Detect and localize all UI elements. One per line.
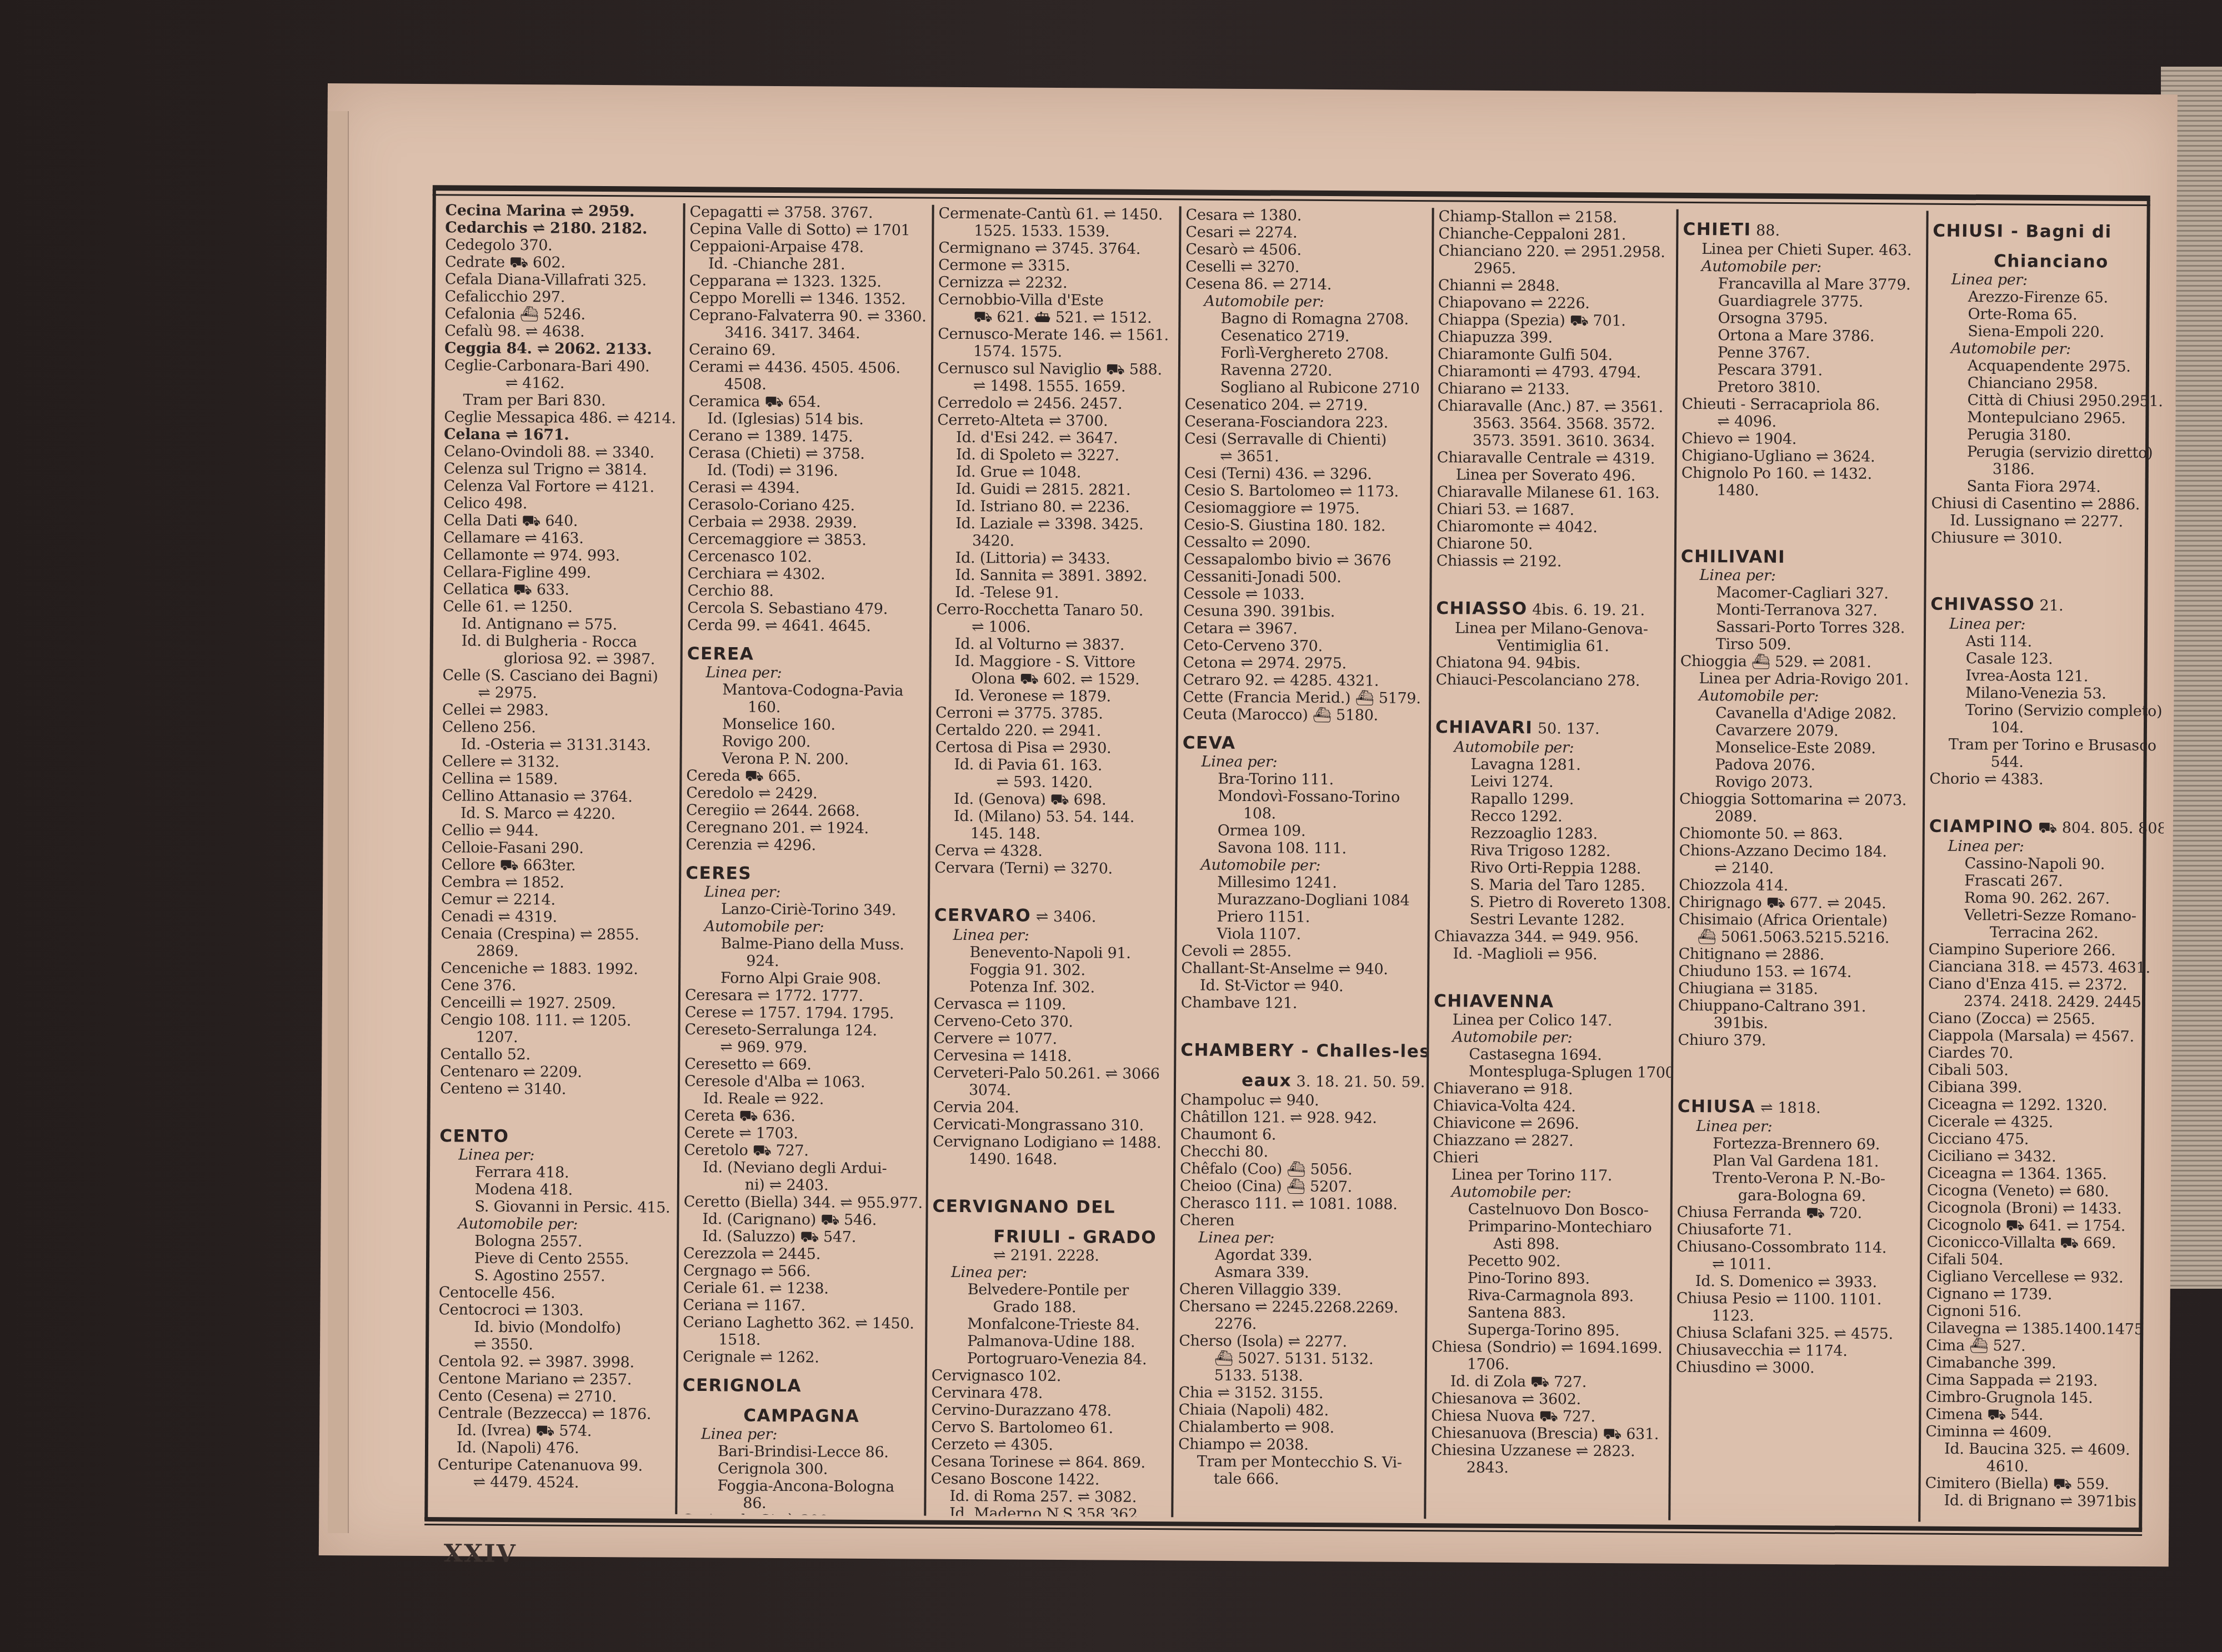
index-entry: Verona P. N. 200.: [686, 750, 923, 769]
index-entry: Cenceniche ⇌ 1883. 1992.: [441, 959, 673, 978]
index-entry: Chiusaforte 71.: [1676, 1221, 1914, 1240]
spacer: [1436, 569, 1668, 590]
index-entry: Cerignola 300.: [682, 1460, 919, 1479]
index-entry: Cernizza ⇌ 2232.: [938, 274, 1173, 293]
section-heading-title: CHILIVANI: [1681, 547, 1786, 567]
service-label: Automobile per:: [439, 1215, 671, 1234]
service-label: Linea per:: [934, 927, 1169, 945]
index-entry: Chiappa (Spezia) ⛟ 701.: [1438, 311, 1670, 330]
index-entry: Cerasa (Chieti) ⇌ 3758.: [688, 444, 925, 463]
index-entry: Ceraino 69.: [689, 341, 925, 360]
index-entry: Chiampo ⇌ 2038.: [1178, 1435, 1419, 1454]
index-entry: 104.: [1930, 719, 2159, 738]
index-entry: Chiesanova ⇌ 3602.: [1431, 1390, 1663, 1409]
index-entry: Cefalicchio 297.: [445, 288, 677, 307]
section-heading-title: CERVARO: [934, 905, 1032, 926]
index-entry: Chieuti - Serracapriola 86.: [1681, 396, 1919, 414]
index-entry: Ceselli ⇌ 3270.: [1185, 258, 1426, 277]
index-entry: Cerasi ⇌ 4394.: [688, 479, 924, 498]
spacer: [1678, 1068, 1915, 1088]
index-entry: Rivo Orti-Reppia 1288.: [1434, 859, 1666, 878]
index-entry: 2089.: [1679, 808, 1917, 827]
section-heading-title: CERIGNOLA: [683, 1375, 802, 1396]
index-entry: Bologna 2557.: [439, 1232, 671, 1251]
index-entry: Acquapendente 2975.: [1932, 357, 2161, 376]
section-heading-refs: 3. 18. 21. 50. 59.: [1292, 1073, 1425, 1091]
index-entry: Millesimo 1241.: [1182, 873, 1422, 892]
index-entry: Pecetto 902.: [1432, 1252, 1664, 1271]
index-entry: ⇌ 4479. 4524.: [438, 1473, 670, 1492]
index-entry: Trento-Verona P. N.-Bo-: [1677, 1169, 1915, 1188]
index-entry: Cesio S. Bartolomeo ⇌ 1173.: [1184, 482, 1424, 500]
service-label: Automobile per:: [1435, 738, 1668, 757]
index-entry: Cherso (Isola) ⇌ 2277.: [1179, 1332, 1419, 1351]
index-entry: Centocroci ⇌ 1303.: [438, 1301, 670, 1320]
index-entry: Centrale (Bezzecca) ⇌ 1876.: [438, 1404, 670, 1423]
index-entry: Cerchiara ⇌ 4302.: [688, 565, 924, 584]
spacer: [933, 1168, 1168, 1188]
section-heading-title: CERVIGNANO DEL: [933, 1197, 1116, 1218]
index-entry: Ceglie-Carbonara-Bari 490.: [444, 357, 677, 376]
index-entry: Palmanova-Udine 188.: [932, 1333, 1167, 1351]
index-entry: Chianciano 220. ⇌ 2951.2958.: [1438, 242, 1670, 261]
section-heading: CHIUSA ⇌ 1818.: [1678, 1097, 1915, 1119]
index-entry: Cignoni 516.: [1926, 1303, 2155, 1321]
index-entry: Id. (Carignano) ⛟ 546.: [683, 1210, 920, 1229]
index-entry: ⛴ 5061.5063.5215.5216.: [1679, 928, 1916, 947]
section-heading: CHIVASSO 21.: [1930, 594, 2159, 617]
index-entry: Chiusa Ferranda ⛟ 720.: [1677, 1204, 1915, 1223]
index-entry: Santena 883.: [1432, 1304, 1664, 1323]
index-entry: Cercola S. Sebastiano 479.: [687, 599, 924, 618]
index-entry: Cellino Attanasio ⇌ 3764.: [442, 787, 674, 806]
index-entry: ⇌ 3550.: [438, 1335, 670, 1354]
index-entry: ⛟ 621. ⛴ 521. ⇌ 1512.: [938, 308, 1173, 327]
section-heading: Chianciano: [1933, 251, 2161, 273]
index-entry: Chambave 121.: [1181, 994, 1422, 1013]
index-entry: Id. Reale ⇌ 922.: [684, 1090, 921, 1109]
section-heading: eaux 3. 18. 21. 50. 59.: [1180, 1070, 1421, 1093]
index-entry: Châtillon 121. ⇌ 928. 942.: [1180, 1108, 1421, 1127]
section-heading-refs: 88.: [1751, 222, 1780, 239]
index-entry: Chiuduno 153. ⇌ 1674.: [1678, 963, 1916, 982]
index-entry: Ceretolo ⛟ 727.: [684, 1142, 920, 1160]
index-entry: Cervesina ⇌ 1418.: [933, 1047, 1168, 1066]
section-heading-refs: ⇌ 3406.: [1031, 908, 1096, 926]
index-entry: Chiusavecchia ⇌ 1174.: [1676, 1341, 1914, 1360]
index-entry: Cicerale ⇌ 4325.: [1928, 1113, 2156, 1132]
index-entry: Chiusure ⇌ 3010.: [1931, 529, 2160, 548]
index-entry: Velletri-Sezze Romano-: [1929, 907, 2158, 925]
index-entry: Chiugiana ⇌ 3185.: [1678, 980, 1916, 999]
index-entry: Tram per Torino e Brusasco: [1930, 736, 2159, 755]
index-entry: Fortezza-Brennero 69.: [1677, 1135, 1915, 1154]
index-entry: ⇌ 4096.: [1681, 413, 1919, 432]
index-entry: Ciano (Zocca) ⇌ 2565.: [1928, 1010, 2157, 1029]
section-heading-refs: ⇌ 1818.: [1755, 1099, 1820, 1117]
index-entry: Forlì-Verghereto 2708.: [1185, 344, 1425, 363]
index-entry: 3186.: [1931, 460, 2160, 479]
section-heading: CHIASSO 4bis. 6. 19. 21.: [1436, 598, 1668, 621]
index-entry: Chorio ⇌ 4383.: [1929, 770, 2158, 789]
section-heading-title: CERES: [685, 863, 752, 884]
index-entry: Chiamp-Stallon ⇌ 2158.: [1438, 208, 1670, 227]
index-entry: Cellere ⇌ 3132.: [442, 753, 674, 772]
index-entry: Tram per Bari 830.: [444, 391, 676, 410]
index-entry: Monselice-Este 2089.: [1680, 739, 1918, 758]
index-entry: Cerchio 88.: [687, 582, 924, 601]
index-entry: Chiaravalle Centrale ⇌ 4319.: [1437, 449, 1669, 468]
index-entry: Ventimiglia 61.: [1436, 637, 1668, 655]
index-entry: Id. di Brignano ⇌ 3971bis: [1925, 1492, 2154, 1511]
index-entry: Francavilla al Mare 3779.: [1683, 275, 1920, 294]
index-entry: 3074.: [933, 1082, 1168, 1100]
index-entry: Cepagatti ⇌ 3758. 3767.: [690, 203, 927, 222]
index-entry: Milano-Venezia 53.: [1930, 684, 2159, 703]
index-entry: 1123.: [1676, 1307, 1914, 1326]
index-entry: 1518.: [683, 1331, 919, 1350]
service-label: Linea per:: [1933, 271, 2161, 290]
index-entry: Cimena ⛟ 544.: [1925, 1406, 2154, 1425]
index-entry: Ceggia 84. ⇌ 2062. 2133.: [444, 339, 677, 358]
index-entry: Cervignasco 102.: [932, 1367, 1167, 1386]
index-entry: Monselice 160.: [687, 715, 923, 734]
index-entry: Chia ⇌ 3152. 3155.: [1179, 1384, 1419, 1403]
index-entry: Chiaravalle Milanese 61. 163.: [1437, 483, 1669, 502]
index-entry: Ortona a Mare 3786.: [1682, 327, 1920, 346]
index-entry: Cernusco-Merate 146. ⇌ 1561.: [938, 326, 1173, 344]
index-entry: Chianni ⇌ 2848.: [1438, 277, 1670, 296]
index-entry: Superga-Torino 895.: [1432, 1321, 1664, 1340]
index-entry: Celana ⇌ 1671.: [444, 425, 676, 444]
index-entry: 2374. 2418. 2429. 2445.: [1928, 993, 2157, 1012]
section-heading-title: CHIETI: [1683, 219, 1751, 240]
index-entry: Id. (Iglesias) 514 bis.: [688, 410, 925, 429]
index-entry: Cherasco 111. ⇌ 1081. 1088.: [1180, 1194, 1420, 1213]
index-entry: ⇌ 1498. 1555. 1659.: [938, 377, 1173, 396]
index-entry: Id. S. Marco ⇌ 4220.: [442, 804, 674, 823]
section-heading-title: CAMPAGNA: [743, 1406, 859, 1426]
index-entry: Chiauci-Pescolanciano 278.: [1435, 671, 1668, 690]
service-label: Automobile per:: [1680, 687, 1918, 706]
index-entry: Potenza Inf. 302.: [934, 978, 1169, 997]
page-number: XXIV: [444, 1539, 517, 1568]
index-entry: Champoluc ⇌ 940.: [1180, 1091, 1421, 1110]
index-entry: Cesiomaggiore ⇌ 1975.: [1184, 499, 1424, 518]
index-entry: Id. Sannita ⇌ 3891. 3892.: [937, 567, 1172, 585]
index-entry: Riva Trigoso 1282.: [1435, 842, 1667, 860]
index-entry: Chiesa Nuova ⛟ 727.: [1431, 1407, 1663, 1426]
index-entry: Id. -Telese 91.: [936, 584, 1171, 603]
index-entry: 391bis.: [1678, 1014, 1916, 1033]
index-entry: Rovigo 2073.: [1679, 773, 1917, 792]
service-label: Automobile per:: [1683, 258, 1920, 277]
index-entry: 160.: [687, 698, 923, 717]
index-entry: Linea per Milano-Genova-: [1436, 619, 1668, 638]
index-entry: Cicciano 475.: [1927, 1130, 2156, 1149]
index-entry: Cepina Valle di Sotto) ⇌ 1701: [689, 221, 926, 239]
index-column-4: Cesara ⇌ 1380.Cesari ⇌ 2274.Cesarò ⇌ 450…: [1173, 206, 1434, 1519]
index-entry: Ceresole d'Alba ⇌ 1063.: [684, 1073, 921, 1092]
index-entry: Id. d'Esi 242. ⇌ 3647.: [937, 429, 1172, 448]
section-heading: CHIAVENNA: [1434, 991, 1666, 1013]
index-entry: Cedegolo 370.: [445, 236, 677, 255]
service-label: Linea per:: [1179, 1229, 1420, 1248]
index-entry: Sogliano al Rubicone 2710: [1185, 378, 1425, 397]
index-entry: Cellatica ⛟ 633.: [443, 580, 675, 599]
index-entry: 108.: [1182, 804, 1423, 823]
index-entry: Cerezzola ⇌ 2445.: [683, 1245, 920, 1264]
index-entry: Centola 92. ⇌ 3987. 3998.: [438, 1353, 670, 1371]
service-label: Linea per:: [439, 1146, 672, 1165]
section-heading: CEREA: [687, 644, 924, 665]
index-entry: Montepulciano 2965.: [1931, 409, 2160, 428]
index-entry: Chiaromonte ⇌ 4042.: [1437, 518, 1669, 537]
index-entry: Cellamonte ⇌ 974. 993.: [443, 546, 675, 565]
index-entry: Centenaro ⇌ 2209.: [440, 1063, 672, 1082]
section-heading: CHIAVARI 50. 137.: [1435, 717, 1668, 740]
index-entry: S. Pietro di Rovereto 1308.: [1434, 893, 1666, 912]
index-entry: Cesano Boscone 1422.: [931, 1470, 1166, 1489]
index-entry: Orte-Roma 65.: [1932, 306, 2161, 324]
index-entry: Cernobbio-Villa d'Este: [938, 291, 1173, 310]
index-entry: Cerami ⇌ 4436. 4505. 4506.: [689, 358, 925, 377]
index-entry: Cheioo (Cina) ⛴ 5207.: [1180, 1177, 1420, 1196]
index-entry: Chignolo Po 160. ⇌ 1432.: [1681, 464, 1919, 483]
section-heading-refs: 4bis. 6. 19. 21.: [1528, 601, 1645, 619]
index-entry: ⇌ 2191. 2228.: [932, 1246, 1167, 1265]
index-entry: Cereta ⛟ 636.: [684, 1107, 921, 1126]
index-entry: ⛴ 5027. 5131. 5132.: [1179, 1349, 1419, 1368]
index-entry: Cervignano Lodigiano ⇌ 1488.: [933, 1133, 1168, 1152]
index-entry: Linea per Chieti Super. 463.: [1683, 241, 1920, 259]
index-entry: Cercenasco 102.: [688, 548, 924, 567]
index-entry: Cesenatico 2719.: [1185, 327, 1425, 346]
section-heading: CAMPAGNA: [682, 1405, 919, 1427]
index-entry: Cermenate-Cantù 61. ⇌ 1450.: [938, 205, 1173, 224]
index-entry: Id. Maderno N.S.358.362.: [930, 1505, 1165, 1518]
index-entry: Id. Veronese ⇌ 1879.: [935, 687, 1170, 706]
index-entry: Bagno di Romagna 2708.: [1185, 309, 1425, 328]
index-entry: Rezzoaglio 1283.: [1435, 824, 1667, 843]
index-entry: Olona ⛟ 602. ⇌ 1529.: [935, 670, 1170, 689]
spacer: [1435, 688, 1668, 709]
index-entry: 3420.: [937, 532, 1172, 551]
section-heading-title: CEREA: [687, 644, 754, 664]
index-entry: Pieve di Cento 2555.: [439, 1249, 671, 1268]
index-entry: Id. al Volturno ⇌ 3837.: [936, 635, 1171, 654]
index-entry: Perugia (servizio diretto): [1931, 443, 2160, 462]
index-entry: Certosa di Pisa ⇌ 2930.: [935, 739, 1170, 758]
index-entry: Rapallo 1299.: [1435, 790, 1667, 809]
section-heading: CERVIGNANO DEL: [933, 1197, 1168, 1218]
index-entry: Cerignale ⇌ 1262.: [683, 1348, 919, 1367]
index-entry: ⇌ 2140.: [1679, 859, 1916, 878]
index-entry: Cilavegna ⇌ 1385.1400.1475: [1926, 1320, 2155, 1339]
index-entry: Ciciliano ⇌ 3432.: [1927, 1148, 2156, 1167]
index-entry: Recco 1292.: [1435, 807, 1667, 826]
index-entry: Id. (Littoria) ⇌ 3433.: [937, 549, 1172, 568]
index-entry: Ciappola (Marsala) ⇌ 4567.: [1928, 1027, 2156, 1046]
index-entry: Celle (S. Casciano dei Bagni): [442, 667, 674, 685]
index-entry: Id. di Bulgheria - Rocca: [443, 632, 675, 651]
index-entry: Id. di Zola ⛟ 727.: [1432, 1373, 1664, 1391]
index-entry: Id. Antignano ⇌ 575.: [443, 615, 675, 634]
index-entry: Centone Mariano ⇌ 2357.: [438, 1370, 670, 1389]
index-entry: Cerasolo-Coriano 425.: [688, 496, 924, 515]
index-entry: Asmara 339.: [1179, 1263, 1420, 1282]
section-heading-title: CHIUSA: [1678, 1097, 1756, 1117]
index-entry: Ceregnano 201. ⇌ 1924.: [686, 819, 923, 838]
index-entry: 2965.: [1438, 259, 1670, 278]
service-label: Automobile per:: [1433, 1028, 1665, 1047]
index-entry: Chiarano ⇌ 2133.: [1438, 380, 1670, 399]
index-entry: 3416. 3417. 3464.: [689, 324, 925, 343]
index-entry: Cento (Cesena) ⇌ 2710.: [438, 1387, 670, 1406]
index-entry: Cheren Villaggio 339.: [1179, 1280, 1420, 1299]
index-entry: Cenaia (Crespina) ⇌ 2855.: [441, 925, 673, 944]
index-entry: Cerano ⇌ 1389. 1475.: [688, 427, 925, 446]
index-entry: Cefala Diana-Villafrati 325.: [445, 271, 677, 289]
index-entry: Cereda ⛟ 665.: [686, 767, 923, 786]
index-entry: Celano-Ovindoli 88. ⇌ 3340.: [444, 443, 676, 462]
section-heading-title: CEVA: [1183, 733, 1236, 753]
index-entry: 1207.: [440, 1028, 672, 1047]
index-entry: Cevoli ⇌ 2855.: [1181, 942, 1422, 961]
index-entry: Chiomonte 50. ⇌ 863.: [1679, 825, 1917, 844]
spacer: [934, 877, 1169, 897]
index-entry: Mondovì-Fossano-Torino: [1182, 787, 1423, 806]
index-entry: Cima ⛴ 527.: [1926, 1337, 2155, 1356]
section-heading: CEVA: [1183, 733, 1423, 754]
index-entry: Cellore ⛟ 663ter.: [441, 856, 673, 875]
index-entry: ⇌ 1006.: [936, 618, 1171, 637]
index-entry: Chieri: [1433, 1149, 1665, 1168]
index-entry: Cerete ⇌ 1703.: [684, 1124, 920, 1143]
index-entry: Balme-Piano della Muss.: [685, 935, 922, 954]
service-label: Linea per:: [685, 883, 922, 902]
index-entry: Cerda 99. ⇌ 4641. 4645.: [687, 617, 924, 635]
index-entry: Chiuro 379.: [1678, 1032, 1915, 1050]
index-entry: Asti 114.: [1930, 633, 2159, 652]
service-label: Automobile per:: [1932, 340, 2161, 359]
index-entry: Chioggia ⛴ 529. ⇌ 2081.: [1680, 653, 1918, 672]
index-entry: Chiapuzza 399.: [1438, 328, 1670, 347]
index-entry: Cedrate ⛟ 602.: [445, 253, 677, 272]
index-entry: Cerveteri-Palo 50.261. ⇌ 3066: [933, 1064, 1168, 1083]
index-entry: Ceredolo ⇌ 2429.: [686, 784, 923, 803]
index-entry: Ciminna ⇌ 4609.: [1925, 1423, 2154, 1442]
service-label: Linea per:: [1681, 567, 1919, 585]
index-entry: ⇌ 4162.: [444, 374, 677, 393]
index-entry: Centuripe Catenanuova 99.: [438, 1456, 670, 1475]
index-entry: Bra-Torino 111.: [1182, 770, 1423, 789]
index-entry: Id. (Neviano degli Ardui-: [684, 1159, 920, 1178]
section-heading-title: CHAMBERY - Challes-les-: [1180, 1040, 1434, 1062]
section-heading-title: CHIAVARI: [1435, 717, 1533, 738]
index-entry: Id. -Osteria ⇌ 3131.3143.: [442, 735, 674, 754]
index-entry: Foggia-Ancona-Bologna: [682, 1477, 918, 1496]
section-heading-title: CENTO: [439, 1126, 509, 1147]
index-entry: Cervia 204.: [933, 1099, 1168, 1118]
index-entry: Cima Sappada ⇌ 2193.: [1926, 1371, 2155, 1390]
index-entry: Cerese ⇌ 1757. 1794. 1795.: [685, 1004, 922, 1023]
index-entry: Id. St-Victor ⇌ 940.: [1181, 977, 1422, 995]
index-entry: Cignano ⇌ 1739.: [1926, 1285, 2155, 1304]
index-entry: Cervinara 478.: [932, 1384, 1167, 1403]
index-entry: Cergnago ⇌ 566.: [683, 1262, 920, 1281]
index-entry: Cedarchis ⇌ 2180. 2182.: [445, 219, 677, 238]
section-heading: CHIUSI - Bagni di: [1933, 221, 2161, 243]
index-entry: 86.: [682, 1494, 918, 1513]
index-entry: Chersano ⇌ 2245.2268.2269.: [1179, 1298, 1419, 1316]
section-heading-title: CHIASSO: [1436, 598, 1528, 619]
index-entry: Chianciano 2958.: [1932, 374, 2161, 393]
index-entry: Chiusdino ⇌ 3000.: [1676, 1359, 1914, 1378]
index-entry: Cassino-Napoli 90.: [1929, 855, 2158, 874]
index-entry: Ceresara ⇌ 1772. 1777.: [685, 987, 922, 1005]
index-entry: Belvedere-Pontile per: [932, 1281, 1167, 1300]
index-entry: Id. Maggiore - S. Vittore: [936, 653, 1171, 672]
index-entry: Chisimaio (Africa Orientale): [1679, 911, 1916, 930]
index-entry: Id. bivio (Mondolfo): [438, 1318, 670, 1337]
index-entry: Cessole ⇌ 1033.: [1183, 585, 1424, 604]
spacer: [1929, 788, 2158, 808]
index-entry: Id. Grue ⇌ 1048.: [937, 463, 1172, 482]
index-entry: Cavarzere 2079.: [1680, 722, 1918, 740]
index-entry: Cerreto-Alteta ⇌ 3700.: [937, 412, 1172, 430]
index-entry: Ceregiio ⇌ 2644. 2668.: [686, 802, 923, 820]
index-entry: Cetraro 92. ⇌ 4285. 4321.: [1183, 671, 1423, 690]
index-entry: Rovigo 200.: [687, 733, 923, 752]
index-entry: Cesuna 390. 391bis.: [1183, 602, 1424, 621]
index-entry: Montespluga-Splugen 1700.: [1433, 1063, 1665, 1082]
index-entry: Chaumont 6.: [1180, 1125, 1420, 1144]
index-entry: Linea per Colico 147.: [1434, 1011, 1666, 1030]
index-entry: Castelnuovo Don Bosco-: [1433, 1200, 1665, 1219]
index-entry: Monfalcone-Trieste 84.: [932, 1315, 1167, 1334]
section-heading: CHAMBERY - Challes-les-: [1180, 1040, 1421, 1062]
index-entry: ⇌ 3651.: [1184, 447, 1425, 466]
index-entry: Cicogna (Veneto) ⇌ 680.: [1927, 1182, 2156, 1201]
index-entry: Cianciana 318. ⇌ 4573. 4631.: [1928, 958, 2157, 977]
index-entry: Cembra ⇌ 1852.: [441, 873, 673, 892]
index-entry: Id. Laziale ⇌ 3398. 3425.: [937, 515, 1172, 534]
section-heading-title: eaux: [1242, 1070, 1292, 1091]
index-entry: Cernusco sul Naviglio ⛟ 588.: [938, 360, 1173, 379]
index-entry: Cengio 108. 111. ⇌ 1205.: [441, 1011, 673, 1030]
index-entry: Cheren: [1179, 1212, 1420, 1230]
index-entry: Ceglie Messapica 486. ⇌ 4214.: [444, 408, 676, 427]
index-entry: Centallo 52.: [440, 1045, 672, 1064]
index-entry: Primparino-Montechiaro: [1432, 1218, 1664, 1237]
index-entry: Forno Alpi Graie 908.: [685, 969, 922, 988]
index-entry: Ceto-Cerveno 370.: [1183, 637, 1424, 655]
section-heading-title: FRIULI - GRADO: [993, 1227, 1157, 1248]
index-entry: Id. Lussignano ⇌ 2277.: [1931, 512, 2160, 531]
index-entry: Cermignano ⇌ 3745. 3764.: [938, 239, 1173, 258]
index-entry: Savona 108. 111.: [1182, 839, 1423, 858]
index-entry: Celico 498.: [443, 494, 675, 513]
index-entry: Chiavica-Volta 424.: [1433, 1097, 1665, 1116]
index-entry: Cifali 504.: [1926, 1251, 2155, 1270]
index-entry: Chiusano-Cossombrato 114.: [1676, 1238, 1914, 1257]
spacer: [1931, 565, 2160, 586]
section-heading: CERVARO ⇌ 3406.: [934, 905, 1169, 928]
index-entry: Ciardes 70.: [1928, 1044, 2156, 1063]
index-entry: Cermone ⇌ 3315.: [938, 257, 1173, 276]
index-entry: Cervino-Durazzano 478.: [931, 1401, 1166, 1420]
